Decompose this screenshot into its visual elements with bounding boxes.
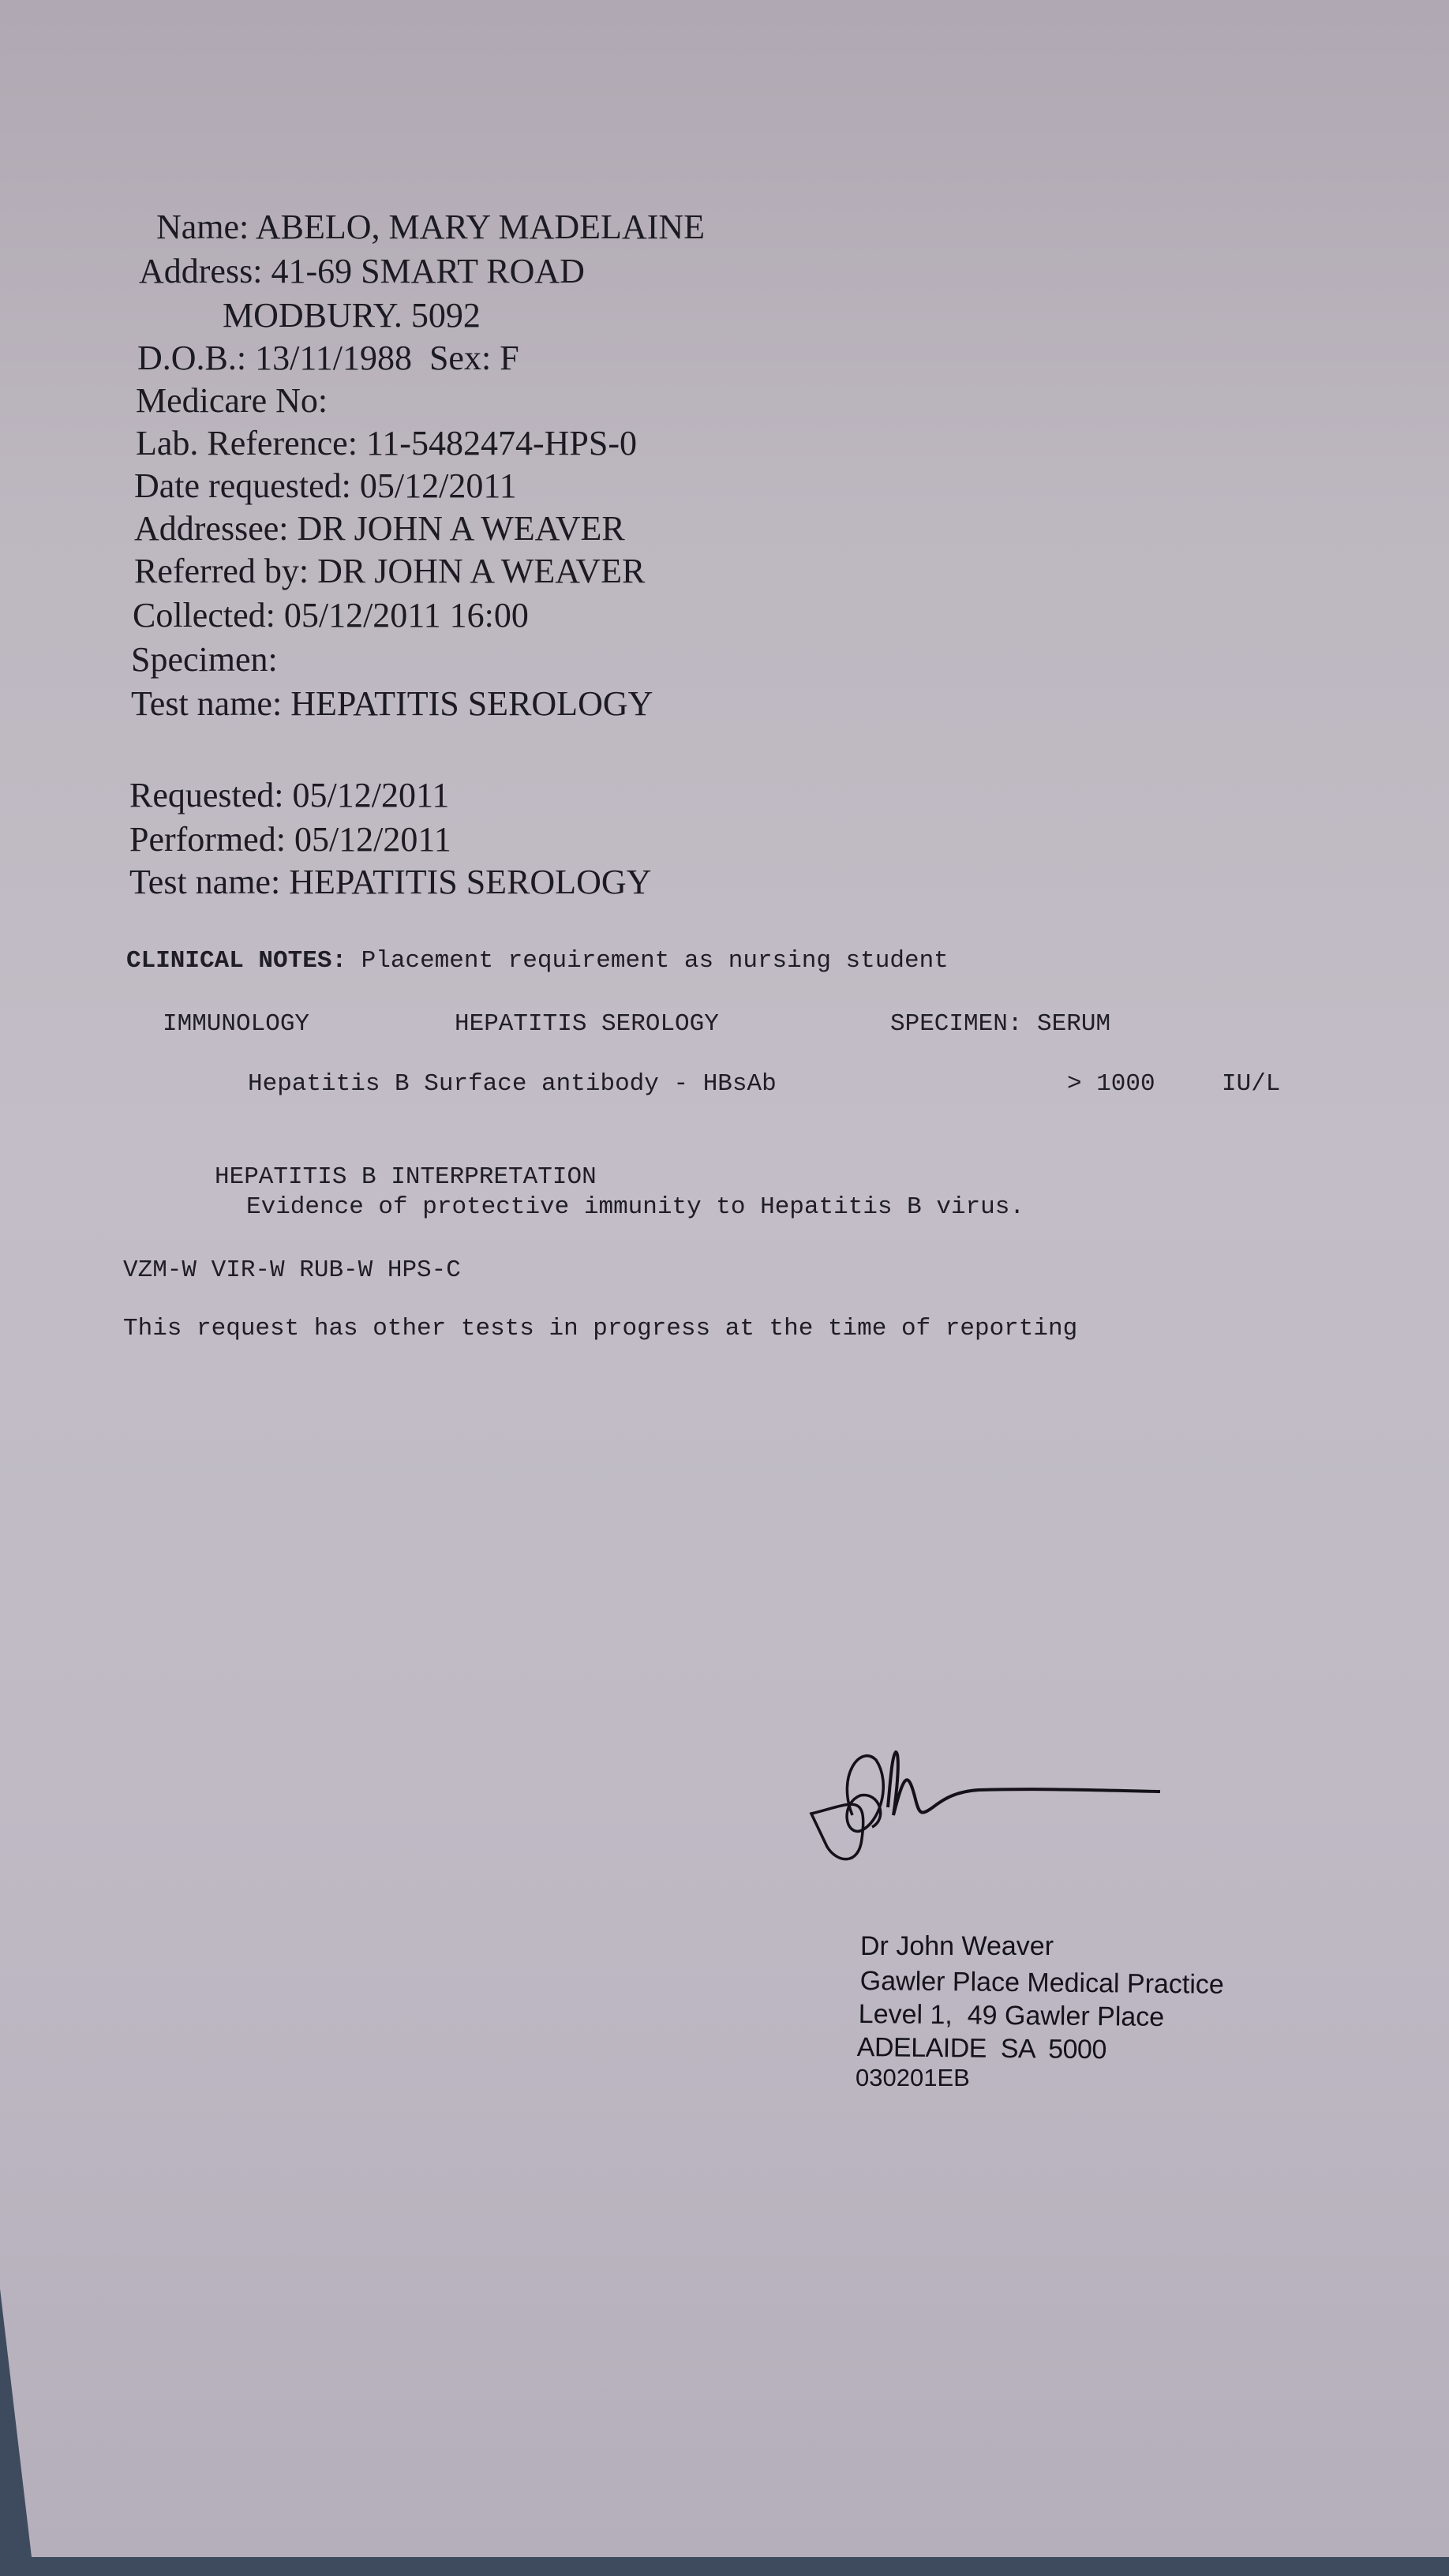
address-line1: 41-69 SMART ROAD	[271, 252, 584, 290]
medicare-label: Medicare No:	[136, 381, 328, 420]
referred-by-label: Referred by:	[134, 552, 309, 590]
interpretation-text: Evidence of protective immunity to Hepat…	[246, 1193, 1024, 1221]
clinical-notes-label: CLINICAL NOTES:	[126, 947, 346, 975]
practice-name: Gawler Place Medical Practice	[860, 1965, 1224, 2001]
date-requested-row: Date requested: 05/12/2011	[134, 466, 517, 506]
test-name-value: HEPATITIS SEROLOGY	[290, 684, 653, 723]
referred-by-value: DR JOHN A WEAVER	[317, 552, 645, 590]
clinical-notes-value: Placement requirement as nursing student	[361, 947, 949, 975]
test-name-row-2: Test name: HEPATITIS SEROLOGY	[129, 862, 651, 902]
requested-label: Requested:	[129, 776, 284, 814]
department-label: IMMUNOLOGY	[163, 1010, 309, 1038]
requested-value: 05/12/2011	[293, 776, 450, 814]
doctor-name: Dr John Weaver	[860, 1930, 1054, 1963]
specimen-label: Specimen:	[131, 640, 278, 679]
addressee-row: Addressee: DR JOHN A WEAVER	[134, 508, 625, 549]
dob-label: D.O.B.:	[137, 339, 246, 377]
test-name-row: Test name: HEPATITIS SEROLOGY	[131, 683, 653, 724]
specimen-row: Specimen:	[131, 639, 286, 680]
practice-address1: Level 1, 49 Gawler Place	[859, 1998, 1165, 2034]
clinical-notes-row: CLINICAL NOTES: Placement requirement as…	[126, 947, 949, 975]
address-line2: MODBURY. 5092	[223, 295, 481, 335]
patient-name: ABELO, MARY MADELAINE	[256, 208, 705, 246]
collected-label: Collected:	[133, 596, 275, 635]
test-codes: VZM-W VIR-W RUB-W HPS-C	[123, 1256, 461, 1284]
test-name-label-2: Test name:	[129, 863, 280, 901]
address-label: Address:	[139, 252, 262, 290]
patient-name-row: Name: ABELO, MARY MADELAINE	[156, 207, 705, 247]
footer-note: This request has other tests in progress…	[123, 1315, 1077, 1342]
signature-icon	[805, 1728, 1176, 1886]
collected-row: Collected: 05/12/2011 16:00	[133, 595, 529, 635]
lab-report-page: Name: ABELO, MARY MADELAINE Address: 41-…	[0, 0, 1449, 2557]
performed-row: Performed: 05/12/2011	[129, 819, 451, 859]
result-unit: IU/L	[1222, 1070, 1280, 1098]
date-requested-value: 05/12/2011	[360, 466, 517, 505]
medicare-row: Medicare No:	[136, 380, 336, 421]
provider-number: 030201EB	[856, 2061, 970, 2094]
performed-value: 05/12/2011	[294, 820, 451, 859]
result-value: > 1000	[1067, 1070, 1155, 1098]
lab-reference-label: Lab. Reference:	[136, 424, 358, 462]
name-label: Name:	[156, 208, 249, 246]
lab-reference-row: Lab. Reference: 11-5482474-HPS-0	[136, 423, 637, 463]
sex-value: F	[500, 339, 519, 377]
address-row: Address: 41-69 SMART ROAD	[139, 251, 585, 291]
referred-by-row: Referred by: DR JOHN A WEAVER	[134, 551, 645, 591]
requested-row: Requested: 05/12/2011	[129, 775, 449, 815]
specimen-type-label: SPECIMEN: SERUM	[890, 1010, 1110, 1038]
section-label: HEPATITIS SEROLOGY	[455, 1010, 719, 1038]
performed-label: Performed:	[129, 820, 286, 859]
date-requested-label: Date requested:	[134, 466, 351, 505]
addressee-label: Addressee:	[134, 509, 289, 548]
addressee-value: DR JOHN A WEAVER	[298, 509, 625, 548]
test-name-label: Test name:	[131, 684, 282, 723]
dob-row: D.O.B.: 13/11/1988 Sex: F	[137, 338, 519, 378]
interpretation-title: HEPATITIS B INTERPRETATION	[215, 1163, 597, 1191]
dob-value: 13/11/1988	[255, 339, 412, 377]
sex-label: Sex:	[429, 339, 491, 377]
lab-reference-value: 11-5482474-HPS-0	[366, 424, 637, 462]
collected-value: 05/12/2011 16:00	[284, 596, 529, 635]
result-test-name: Hepatitis B Surface antibody - HBsAb	[248, 1070, 777, 1098]
test-name-value-2: HEPATITIS SEROLOGY	[289, 863, 651, 901]
